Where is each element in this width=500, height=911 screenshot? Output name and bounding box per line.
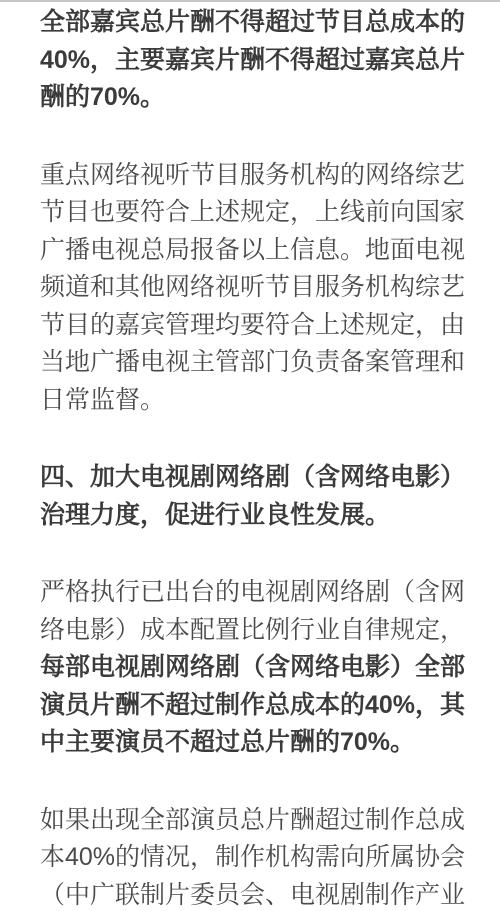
- para-over-cap-procedure: 如果出现全部演员总片酬超过制作总成本40%的情况，制作机构需向所属协会（中广联制…: [40, 802, 465, 911]
- text-line: 节目也要符合上述规定，上线前向国家: [40, 194, 465, 232]
- para-drama-actor-pay-cap: 严格执行已出台的电视剧网络剧（含网络电影）成本配置比例行业自律规定，每部电视剧网…: [40, 574, 465, 762]
- text-line: 当地广播电视主管部门负责备案管理和: [40, 344, 465, 382]
- text-line: 演员片酬不超过制作总成本的40%，其: [40, 687, 465, 725]
- text-line: 40%，主要嘉宾片酬不得超过嘉宾总片: [40, 42, 465, 80]
- para-guest-total-pay-cap: 全部嘉宾总片酬不得超过节目总成本的40%，主要嘉宾片酬不得超过嘉宾总片酬的70%…: [40, 4, 465, 117]
- text-line: （中广联制片委员会、电视剧制作产业: [40, 877, 465, 911]
- para-network-variety-show-rules: 重点网络视听节目服务机构的网络综艺节目也要符合上述规定，上线前向国家广播电视总局…: [40, 157, 465, 420]
- article-body: 全部嘉宾总片酬不得超过节目总成本的40%，主要嘉宾片酬不得超过嘉宾总片酬的70%…: [40, 4, 465, 911]
- top-edge-divider: [0, 0, 500, 2]
- text-line: 本40%的情况，制作机构需向所属协会: [40, 839, 465, 877]
- text-line: 治理力度，促进行业良性发展。: [40, 497, 465, 535]
- text-line: 中主要演员不超过总片酬的70%。: [40, 724, 465, 762]
- text-line: 酬的70%。: [40, 79, 465, 117]
- text-line: 全部嘉宾总片酬不得超过节目总成本的: [40, 4, 465, 42]
- article-page: 全部嘉宾总片酬不得超过节目总成本的40%，主要嘉宾片酬不得超过嘉宾总片酬的70%…: [0, 0, 500, 911]
- heading-section-four: 四、加大电视剧网络剧（含网络电影）治理力度，促进行业良性发展。: [40, 459, 465, 534]
- text-line: 四、加大电视剧网络剧（含网络电影）: [40, 459, 465, 497]
- text-line: 络电影）成本配置比例行业自律规定，: [40, 612, 465, 650]
- text-line: 每部电视剧网络剧（含网络电影）全部: [40, 649, 465, 687]
- text-line: 如果出现全部演员总片酬超过制作总成: [40, 802, 465, 840]
- text-line: 广播电视总局报备以上信息。地面电视: [40, 232, 465, 270]
- text-line: 节目的嘉宾管理均要符合上述规定，由: [40, 307, 465, 345]
- text-line: 重点网络视听节目服务机构的网络综艺: [40, 157, 465, 195]
- text-line: 严格执行已出台的电视剧网络剧（含网: [40, 574, 465, 612]
- text-line: 频道和其他网络视听节目服务机构综艺: [40, 269, 465, 307]
- text-line: 日常监督。: [40, 382, 465, 420]
